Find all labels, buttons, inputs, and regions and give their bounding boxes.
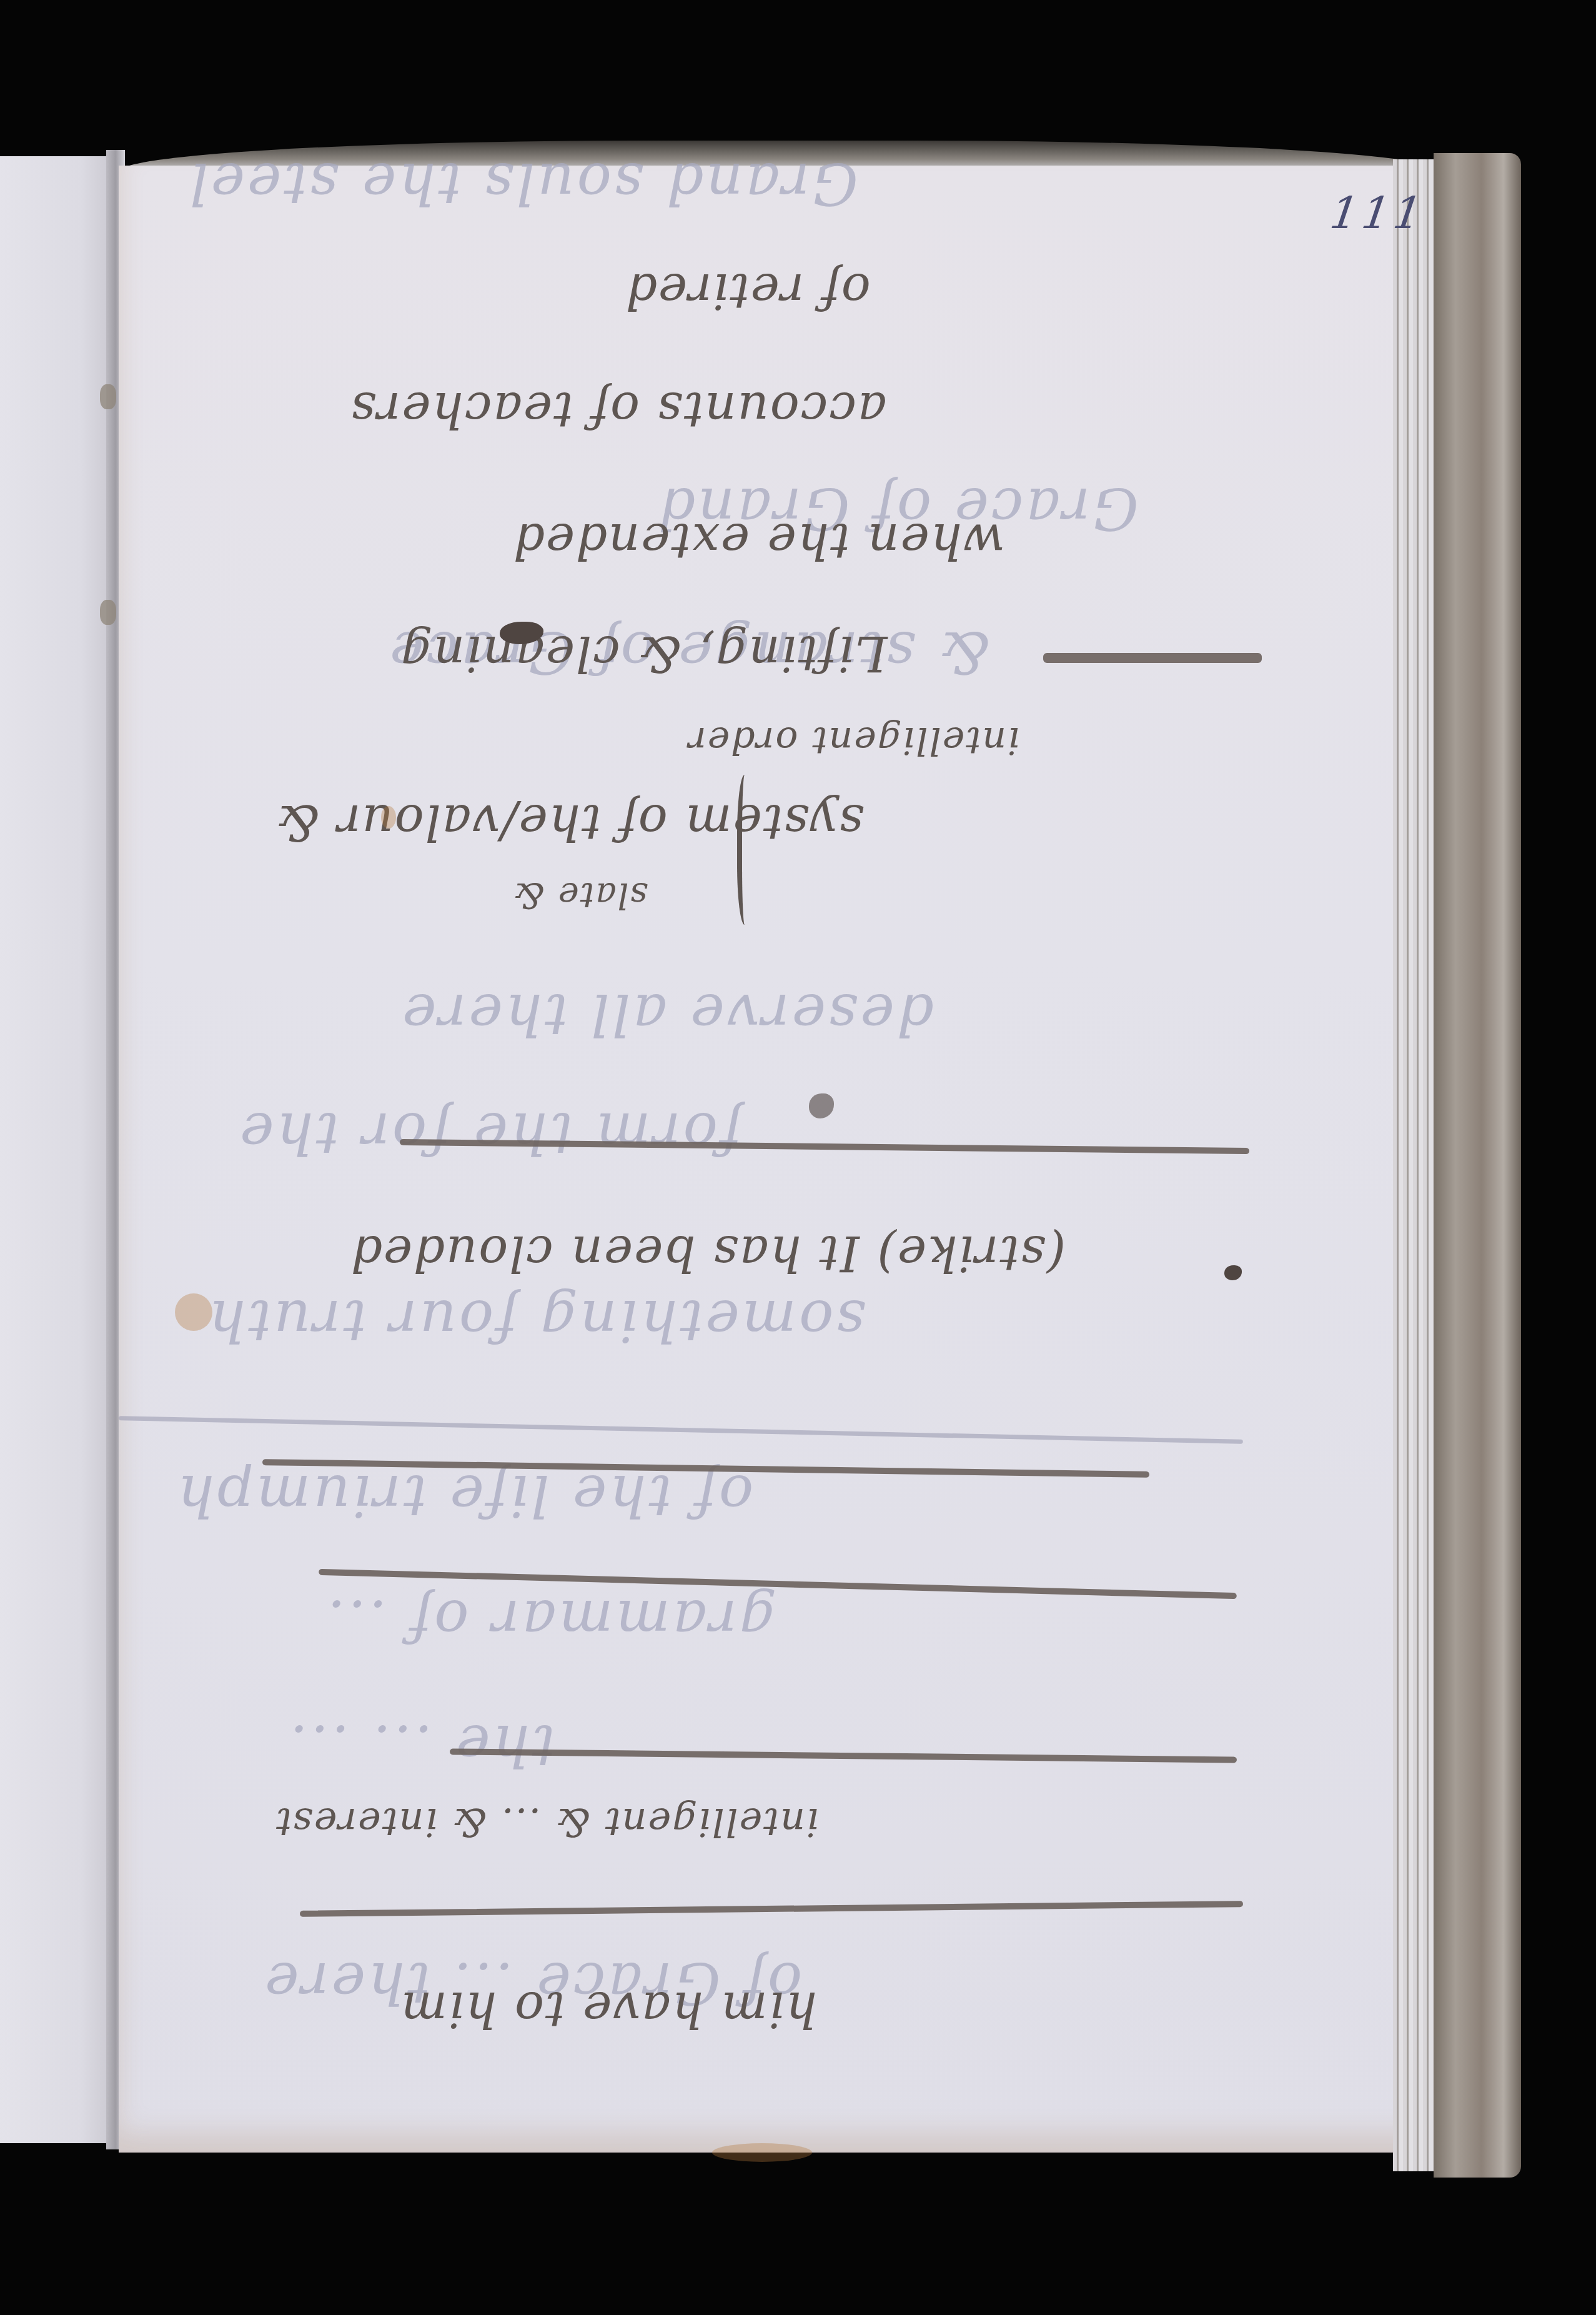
- pencil-line: of the life triumph: [175, 1462, 753, 1529]
- pencil-line: deserve all there: [400, 981, 934, 1048]
- ink-line: system of the/valour &: [275, 794, 864, 850]
- pencil-line: grammar of ...: [325, 1587, 776, 1654]
- pencil-line: Grand souls the steel: [187, 150, 858, 217]
- vellum-cover: [1434, 153, 1521, 2178]
- ink-line: him have to him: [400, 1981, 817, 2037]
- foxing-stain: [712, 2143, 812, 2162]
- bracket-mark: [737, 775, 756, 925]
- left-page: [0, 156, 116, 2143]
- ink-line: slate &: [512, 875, 648, 915]
- stitch-hole: [100, 384, 116, 409]
- ink-line: Lifting, & cleaning: [400, 625, 888, 681]
- ink-line: when the extended: [512, 512, 1005, 569]
- page-fore-edge: [1393, 159, 1437, 2171]
- ink-line: intelligent & ... & interest: [275, 1800, 819, 1845]
- ink-line: (strike) It has been clouded: [350, 1225, 1066, 1281]
- ink-line: intelligent order: [687, 719, 1019, 762]
- ink-line: of retired: [625, 262, 871, 319]
- foxing-stain: [381, 806, 396, 829]
- foxing-stain: [175, 1293, 212, 1331]
- ink-strike: [1043, 653, 1262, 663]
- pencil-line: the ... ...: [287, 1712, 555, 1779]
- pencil-line: something four truth: [206, 1287, 866, 1354]
- pencil-line: form the for the: [237, 1100, 741, 1167]
- stitch-hole: [100, 600, 116, 625]
- page-number: 111: [1327, 187, 1429, 239]
- ink-line: accounts of teachers: [350, 381, 887, 437]
